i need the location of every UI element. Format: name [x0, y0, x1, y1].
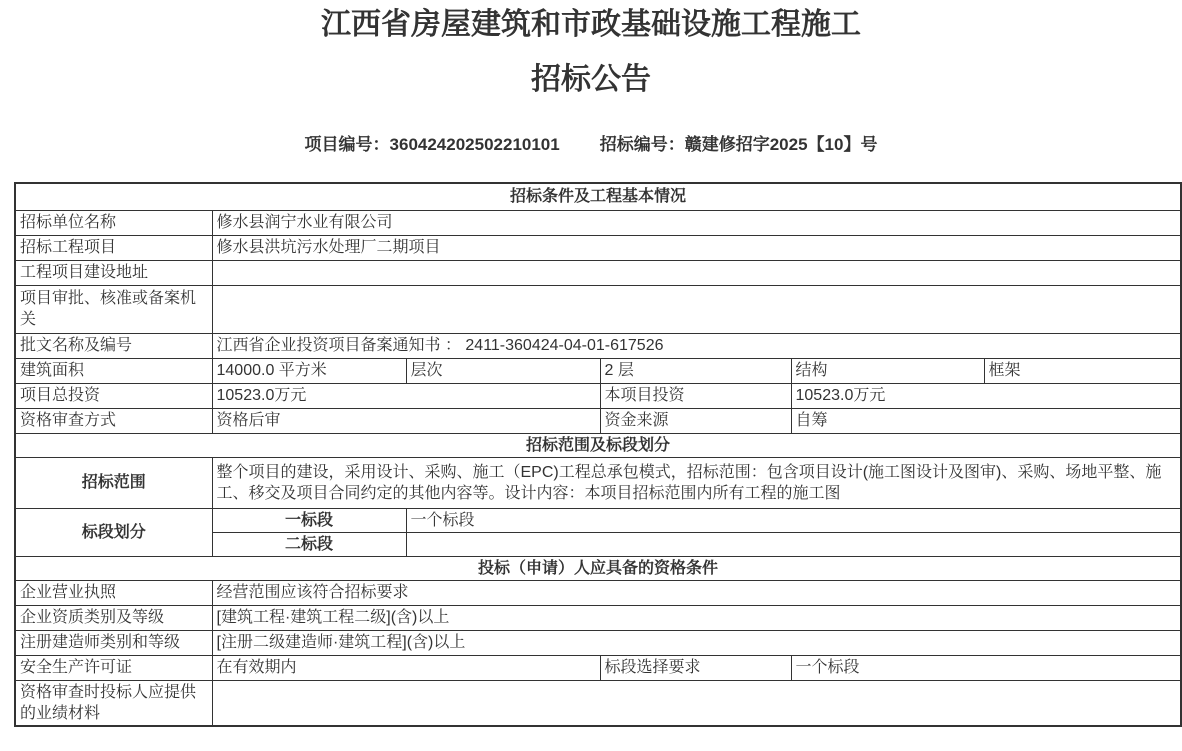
row-value-approval-document: 江西省企业投资项目备案通知书 ： 2411-360424-04-01-61752…	[212, 333, 1181, 358]
row-value-qualification-review: 资格后审	[212, 408, 600, 433]
table-row-project-name: 招标工程项目 修水县洪坑污水处理厂二期项目	[15, 235, 1181, 260]
row-label-safety-license: 安全生产许可证	[15, 655, 212, 680]
table-row-registered-constructor: 注册建造师类别和等级 [注册二级建造师·建筑工程](含)以上	[15, 630, 1181, 655]
row-value-section-2	[406, 532, 1181, 556]
row-label-approval-authority: 项目审批、核准或备案机关	[15, 285, 212, 333]
tender-info-table: 招标条件及工程基本情况 招标单位名称 修水县润宁水业有限公司 招标工程项目 修水…	[14, 182, 1182, 727]
row-label-total-investment: 项目总投资	[15, 383, 212, 408]
row-label-tender-scope: 招标范围	[15, 457, 212, 508]
table-row-tender-scope: 招标范围 整个项目的建设，采用设计、采购、施工（EPC)工程总承包模式，招标范围…	[15, 457, 1181, 508]
row-value-enterprise-qualification: [建筑工程·建筑工程二级](含)以上	[212, 605, 1181, 630]
section-header-basic: 招标条件及工程基本情况	[15, 183, 1181, 210]
row-label-section-choice: 标段选择要求	[600, 655, 791, 680]
table-row-safety-license: 安全生产许可证 在有效期内 标段选择要求 一个标段	[15, 655, 1181, 680]
page-subtitle: 招标公告	[0, 61, 1182, 99]
row-value-floors: 2 层	[600, 358, 791, 383]
project-number: 项目编号：360424202502210101	[305, 130, 560, 155]
table-row-approval-document: 批文名称及编号 江西省企业投资项目备案通知书 ： 2411-360424-04-…	[15, 333, 1181, 358]
section-header-qualification: 投标（申请）人应具备的资格条件	[15, 556, 1181, 580]
row-label-business-license: 企业营业执照	[15, 580, 212, 605]
row-label-tender-unit: 招标单位名称	[15, 210, 212, 235]
table-row-business-license: 企业营业执照 经营范围应该符合招标要求	[15, 580, 1181, 605]
row-value-building-area: 14000.0 平方米	[212, 358, 406, 383]
tender-announcement-page: 江西省房屋建筑和市政基础设施工程施工 招标公告 项目编号：36042420250…	[0, 6, 1182, 727]
row-value-registered-constructor: [注册二级建造师·建筑工程](含)以上	[212, 630, 1181, 655]
row-value-section-1: 一个标段	[406, 508, 1181, 532]
row-value-project-investment: 10523.0万元	[791, 383, 1181, 408]
document-meta: 项目编号：360424202502210101 招标编号：赣建修招字2025【1…	[0, 130, 1182, 155]
row-label-floors: 层次	[406, 358, 600, 383]
row-label-section-division: 标段划分	[15, 508, 212, 556]
row-label-enterprise-qualification: 企业资质类别及等级	[15, 605, 212, 630]
section-header-scope: 招标范围及标段划分	[15, 433, 1181, 457]
table-row-qualification-review: 资格审查方式 资格后审 资金来源 自筹	[15, 408, 1181, 433]
tender-number: 招标编号：赣建修招字2025【10】号	[600, 130, 878, 155]
row-value-total-investment: 10523.0万元	[212, 383, 600, 408]
page-title: 江西省房屋建筑和市政基础设施工程施工	[0, 6, 1182, 44]
row-value-funding-source: 自筹	[791, 408, 1181, 433]
section-title-scope: 招标范围及标段划分	[15, 433, 1181, 457]
row-value-structure: 框架	[984, 358, 1181, 383]
row-label-section-2: 二标段	[212, 532, 406, 556]
section-title-qualification: 投标（申请）人应具备的资格条件	[15, 556, 1181, 580]
row-label-qualification-review: 资格审查方式	[15, 408, 212, 433]
section-title-basic: 招标条件及工程基本情况	[15, 183, 1181, 210]
row-label-project-address: 工程项目建设地址	[15, 260, 212, 285]
row-value-tender-unit: 修水县润宁水业有限公司	[212, 210, 1181, 235]
row-value-approval-authority	[212, 285, 1181, 333]
row-label-section-1: 一标段	[212, 508, 406, 532]
row-label-funding-source: 资金来源	[600, 408, 791, 433]
row-label-registered-constructor: 注册建造师类别和等级	[15, 630, 212, 655]
row-value-business-license: 经营范围应该符合招标要求	[212, 580, 1181, 605]
table-row-building-area: 建筑面积 14000.0 平方米 层次 2 层 结构 框架	[15, 358, 1181, 383]
table-row-enterprise-qualification: 企业资质类别及等级 [建筑工程·建筑工程二级](含)以上	[15, 605, 1181, 630]
row-label-building-area: 建筑面积	[15, 358, 212, 383]
row-value-safety-license: 在有效期内	[212, 655, 600, 680]
table-row-performance-materials: 资格审查时投标人应提供的业绩材料	[15, 680, 1181, 726]
table-row-project-address: 工程项目建设地址	[15, 260, 1181, 285]
row-value-project-address	[212, 260, 1181, 285]
table-row-tender-unit: 招标单位名称 修水县润宁水业有限公司	[15, 210, 1181, 235]
row-label-approval-document: 批文名称及编号	[15, 333, 212, 358]
row-value-section-choice: 一个标段	[791, 655, 1181, 680]
table-row-approval-authority: 项目审批、核准或备案机关	[15, 285, 1181, 333]
table-row-total-investment: 项目总投资 10523.0万元 本项目投资 10523.0万元	[15, 383, 1181, 408]
row-label-project-name: 招标工程项目	[15, 235, 212, 260]
row-value-tender-scope: 整个项目的建设，采用设计、采购、施工（EPC)工程总承包模式，招标范围：包含项目…	[212, 457, 1181, 508]
row-label-performance-materials: 资格审查时投标人应提供的业绩材料	[15, 680, 212, 726]
table-row-section-division-1: 标段划分 一标段 一个标段	[15, 508, 1181, 532]
row-value-project-name: 修水县洪坑污水处理厂二期项目	[212, 235, 1181, 260]
row-value-performance-materials	[212, 680, 1181, 726]
row-label-project-investment: 本项目投资	[600, 383, 791, 408]
row-label-structure: 结构	[791, 358, 984, 383]
